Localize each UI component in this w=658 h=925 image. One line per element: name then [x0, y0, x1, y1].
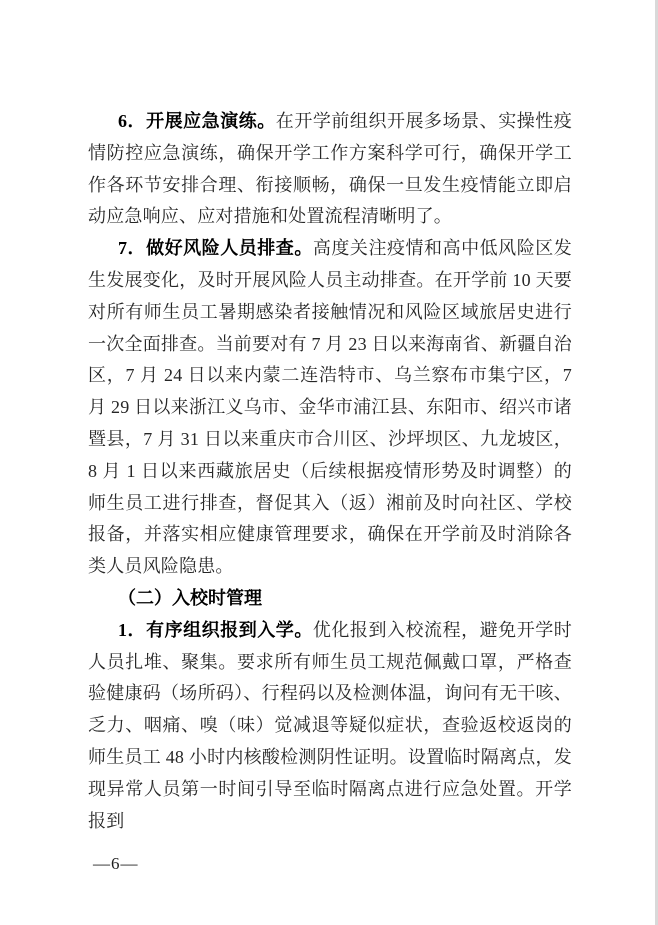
page-footer: —6— [93, 854, 139, 874]
paragraph-enrollment-text: 优化报到入校流程，避免开学时人员扎堆、聚集。要求所有师生员工规范佩戴口罩，严格查… [88, 620, 572, 831]
paragraph-emergency-drill: 6．开展应急演练。在开学前组织开展多场景、实操性疫情防控应急演练，确保开学工作方… [88, 106, 572, 233]
paragraph-enrollment-lead: 1．有序组织报到入学。 [118, 620, 313, 640]
page-number: —6— [93, 854, 139, 873]
paragraph-risk-screening-lead: 7．做好风险人员排查。 [118, 238, 313, 258]
paragraph-enrollment: 1．有序组织报到入学。优化报到入校流程，避免开学时人员扎堆、聚集。要求所有师生员… [88, 615, 572, 838]
document-page: 6．开展应急演练。在开学前组织开展多场景、实操性疫情防控应急演练，确保开学工作方… [0, 0, 658, 925]
paragraph-emergency-drill-lead: 6．开展应急演练。 [118, 111, 276, 131]
section-heading-entry-management: （二）入校时管理 [88, 583, 572, 615]
document-content: 6．开展应急演练。在开学前组织开展多场景、实操性疫情防控应急演练，确保开学工作方… [88, 106, 572, 837]
paragraph-risk-screening: 7．做好风险人员排查。高度关注疫情和高中低风险区发生发展变化，及时开展风险人员主… [88, 233, 572, 583]
paragraph-risk-screening-text: 高度关注疫情和高中低风险区发生发展变化，及时开展风险人员主动排查。在开学前 10… [88, 238, 572, 576]
